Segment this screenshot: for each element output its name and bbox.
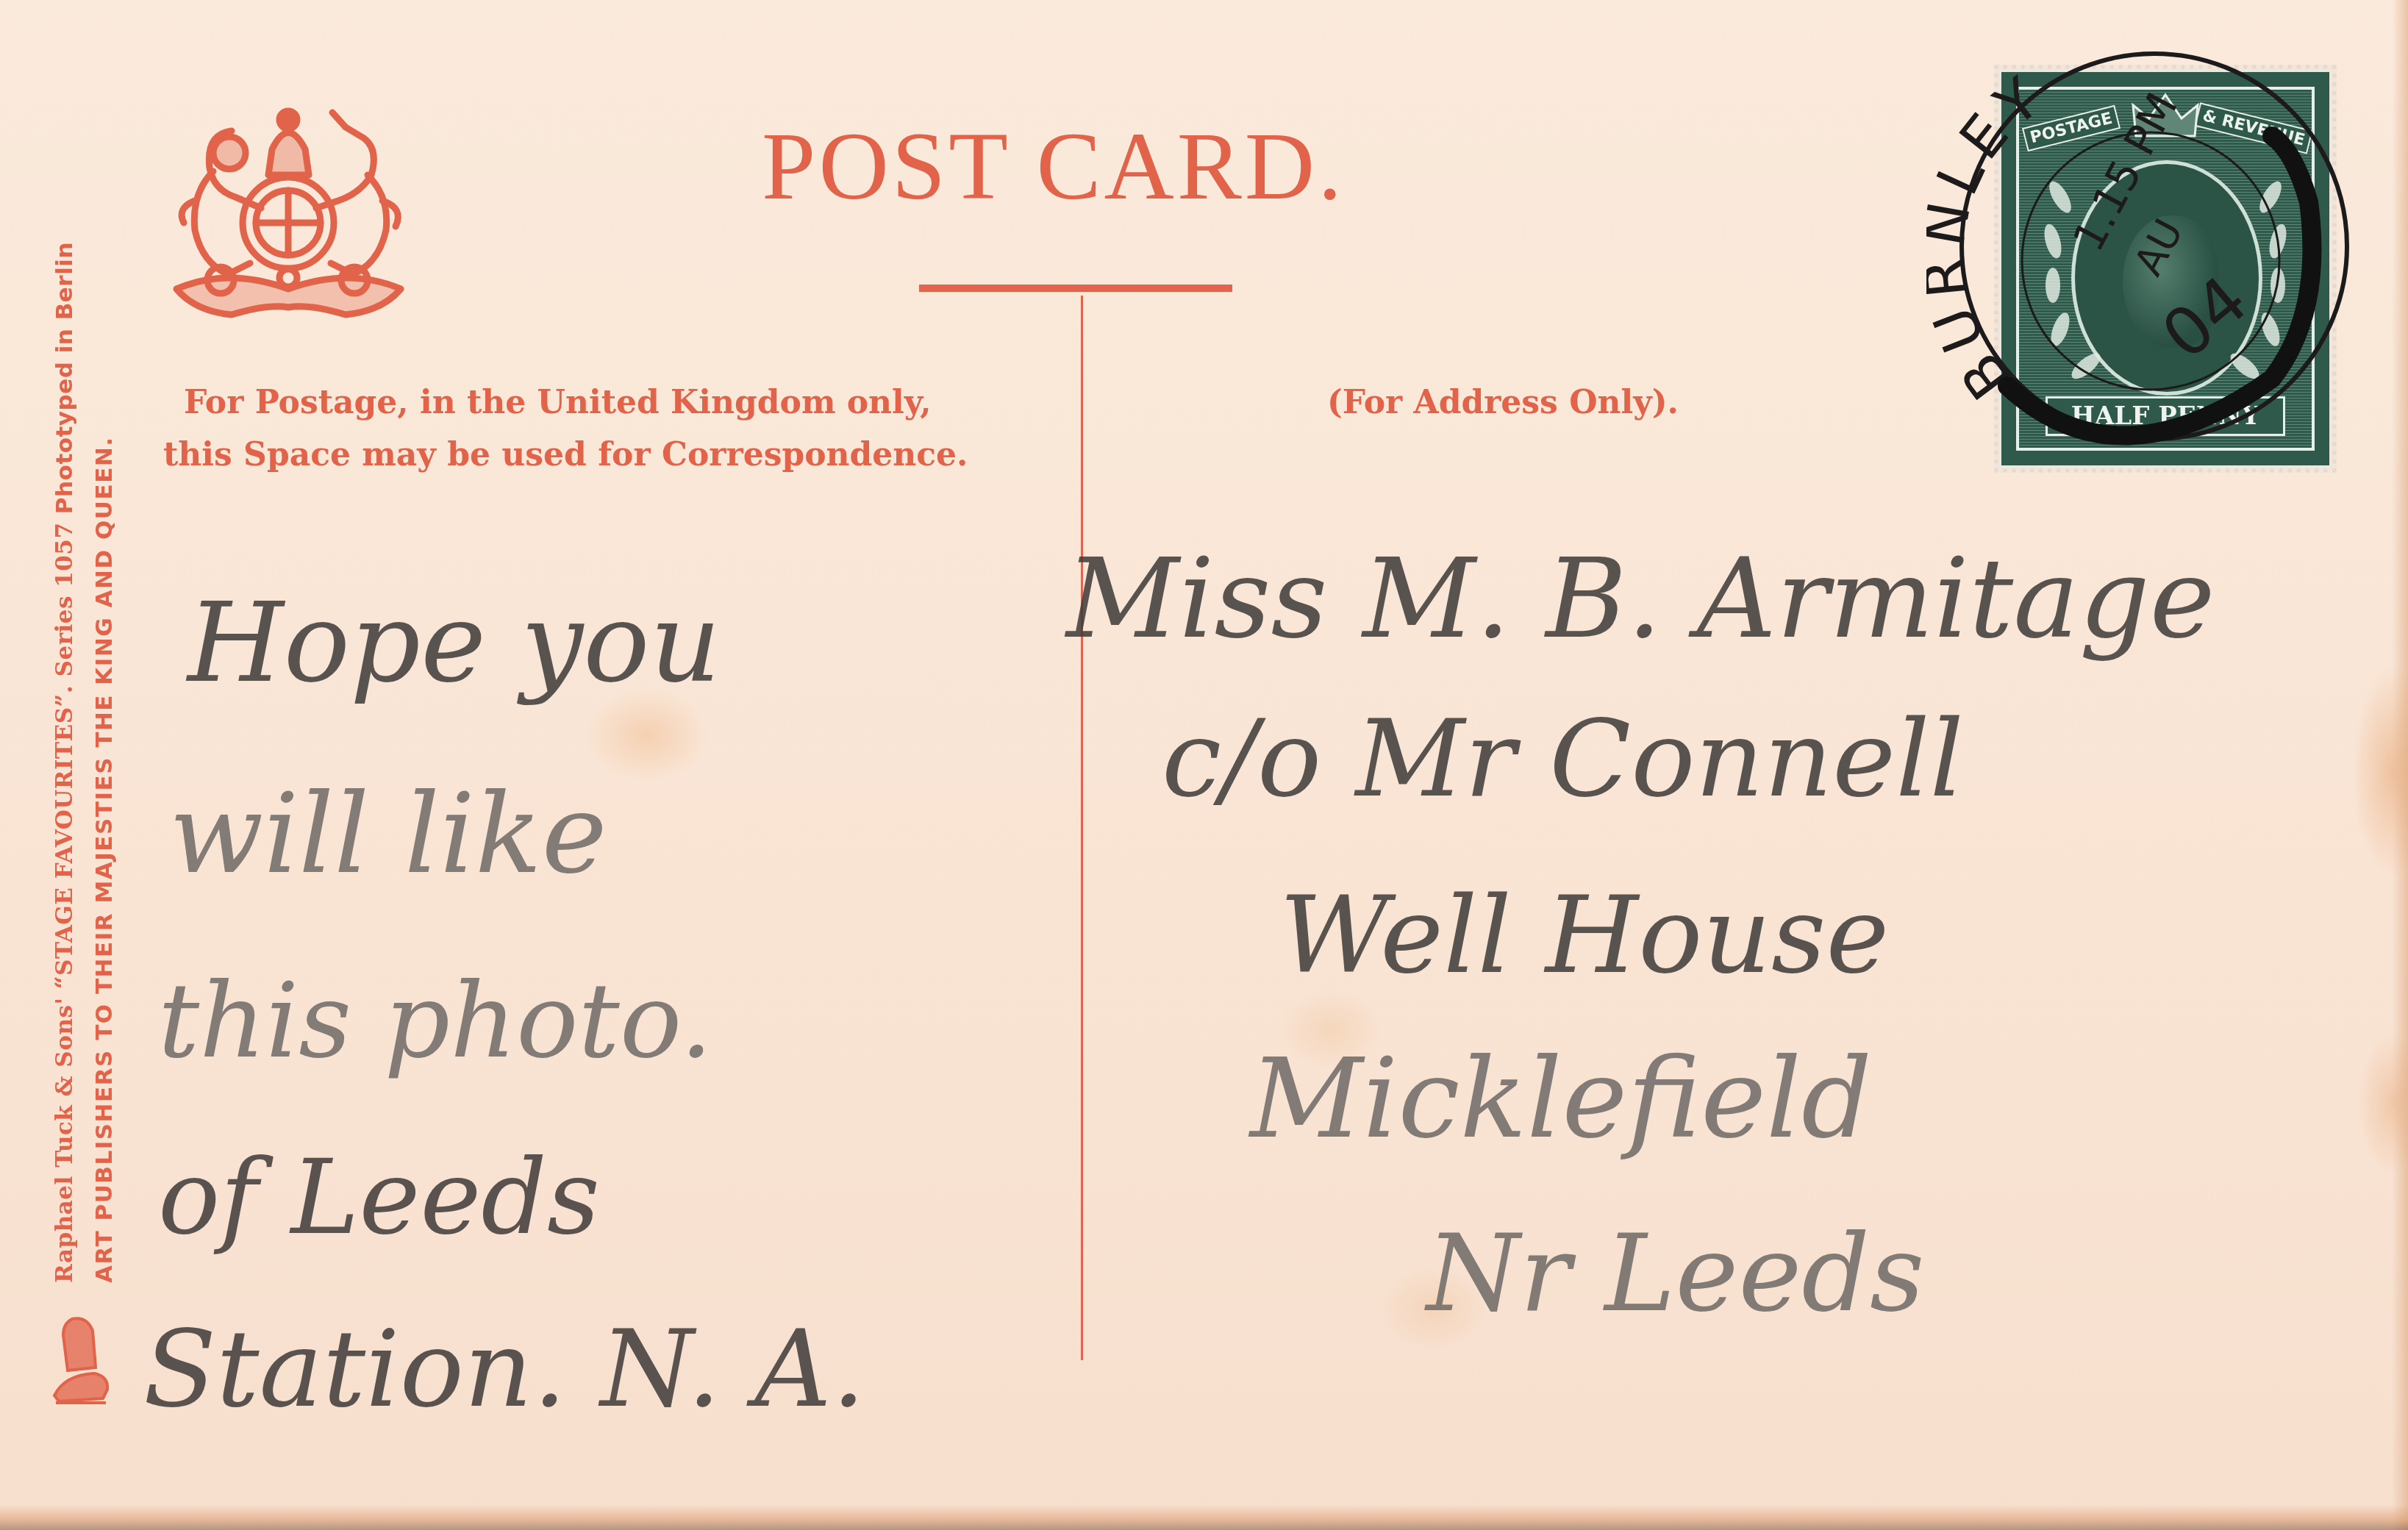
postcard-back: Raphael Tuck & Sons' “STAGE FAVOURITES”.… [0,0,2408,1530]
title-rule [919,285,1232,292]
stamp-perforations [1994,65,2337,473]
imprint-publisher: Raphael Tuck & Sons' [51,989,78,1283]
message-line-4: of Leeds [158,1147,600,1250]
correspondence-note-line-2: this Space may be used for Correspondenc… [163,439,968,471]
divider-line [1081,296,1083,1360]
address-line-3: Well House [1279,882,1889,989]
address-line-4: Micklefield [1250,1044,1872,1154]
correspondence-note-line-1: For Postage, in the United Kingdom only, [184,387,932,419]
message-line-3: this photo. [158,970,712,1073]
address-note: (For Address Only). [1327,387,1679,419]
post-card-title: POST CARD. [762,118,1345,215]
royal-coat-of-arms-icon [162,105,415,323]
message-line-2: will like [169,779,607,890]
imprint-printed-in: Phototyped in Berlin [51,242,78,522]
address-line-2: c/o Mr Connell [1162,706,1964,812]
imprint-line-2: ART PUBLISHERS TO THEIR MAJESTIES THE KI… [91,436,118,1283]
address-line-5: Nr Leeds [1426,1220,1924,1327]
message-line-5: Station. N. A. [143,1316,865,1423]
publisher-imprint: Raphael Tuck & Sons' “STAGE FAVOURITES”.… [43,0,131,1283]
imprint-series: “STAGE FAVOURITES”. Series 1057 [51,523,78,990]
tuck-easel-logo-icon [50,1316,112,1410]
card-edge-stain [2392,0,2408,1530]
message-line-1: Hope you [187,588,721,698]
imprint-line-1: Raphael Tuck & Sons' “STAGE FAVOURITES”.… [51,242,78,1283]
address-line-1: Miss M. B. Armitage [1066,544,2215,654]
card-bottom-edge [0,1505,2408,1530]
